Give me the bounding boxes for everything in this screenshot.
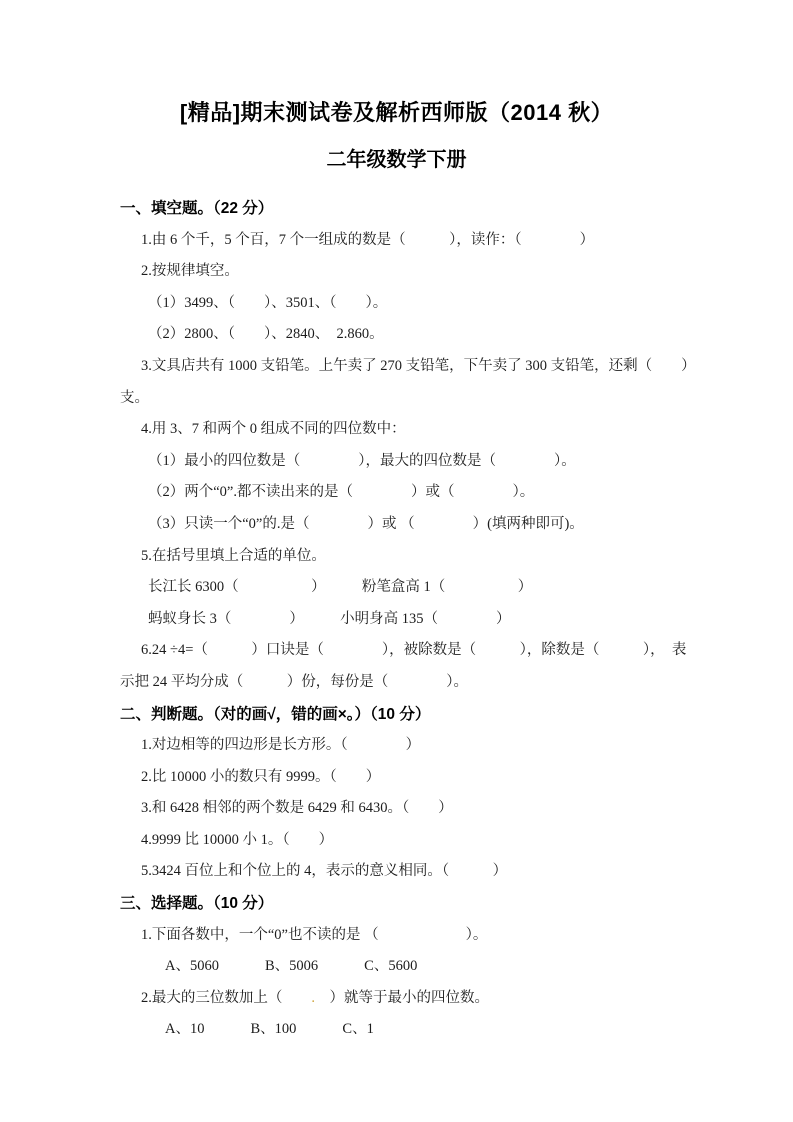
sub-question-line: （3）只读一个“0”的.是（ ）或 （ ）(填两种即可)。 xyxy=(120,509,683,541)
question-line: 6.24 ÷4=（ ）口诀是（ ），被除数是（ ），除数是（ ）， 表 xyxy=(120,635,683,667)
question-line: 2.比 10000 小的数只有 9999。（ ） xyxy=(120,762,683,794)
document-subtitle: 二年级数学下册 xyxy=(60,143,733,172)
sub-question-line: （2）2800、（ ）、2840、 2.860。 xyxy=(120,319,683,351)
question-line: 4.用 3、7 和两个 0 组成不同的四位数中： xyxy=(120,414,683,446)
question-line: 1.由 6 个千，5 个百，7 个一组成的数是（ ），读作：（ ） xyxy=(120,225,683,257)
question-line: 4.9999 比 10000 小 1。（ ） xyxy=(120,825,683,857)
options-row: A、5060B、5006C、5600 xyxy=(120,951,683,983)
unit-fill-line: 蚂蚁身长 3（ ） 小明身高 135（ ） xyxy=(120,604,683,636)
question-text: ）就等于最小的四位数。 xyxy=(315,990,489,1006)
option-label: C、5600 xyxy=(364,951,417,983)
question-line: 5.在括号里填上合适的单位。 xyxy=(120,541,683,573)
exam-paper-page: [精品]期末测试卷及解析西师版（2014 秋） 二年级数学下册 一、填空题。（2… xyxy=(0,0,793,1122)
option-label: A、5060 xyxy=(165,951,219,983)
continuation-line: 支。 xyxy=(120,383,683,415)
document-body: 一、填空题。（22 分）1.由 6 个千，5 个百，7 个一组成的数是（ ），读… xyxy=(120,193,683,1046)
option-label: A、10 xyxy=(165,1014,204,1046)
sub-question-line: （1）最小的四位数是（ ），最大的四位数是（ ）。 xyxy=(120,446,683,478)
sub-question-line: （2）两个“0”.都不读出来的是（ ）或（ ）。 xyxy=(120,477,683,509)
question-line: 5.3424 百位上和个位上的 4，表示的意义相同。（ ） xyxy=(120,856,683,888)
question-line: 3.和 6428 相邻的两个数是 6429 和 6430。（ ） xyxy=(120,793,683,825)
option-label: C、1 xyxy=(342,1014,373,1046)
question-text: 2.最大的三位数加上（ xyxy=(141,990,311,1006)
option-label: B、100 xyxy=(250,1014,296,1046)
continuation-line: 示把 24 平均分成（ ）份，每份是（ ）。 xyxy=(120,667,683,699)
question-line: 3.文具店共有 1000 支铅笔。上午卖了 270 支铅笔，下午卖了 300 支… xyxy=(120,351,683,383)
sub-question-line: （1）3499、（ ）、3501、（ ）。 xyxy=(120,288,683,320)
question-line: 1.下面各数中，一个“0”也不读的是 （ ）。 xyxy=(120,920,683,952)
unit-fill-line: 长江长 6300（ ） 粉笔盒高 1（ ） xyxy=(120,572,683,604)
section-heading: 二、判断题。（对的画√，错的画×。）（10 分） xyxy=(120,699,683,731)
question-line: 1.对边相等的四边形是长方形。（ ） xyxy=(120,730,683,762)
option-label: B、5006 xyxy=(265,951,318,983)
question-line: 2.最大的三位数加上（ . ）就等于最小的四位数。 xyxy=(120,983,683,1015)
section-heading: 三、选择题。（10 分） xyxy=(120,888,683,920)
question-line: 2.按规律填空。 xyxy=(120,256,683,288)
document-title: [精品]期末测试卷及解析西师版（2014 秋） xyxy=(60,96,733,127)
options-row: A、10B、100C、1 xyxy=(120,1014,683,1046)
section-heading: 一、填空题。（22 分） xyxy=(120,193,683,225)
